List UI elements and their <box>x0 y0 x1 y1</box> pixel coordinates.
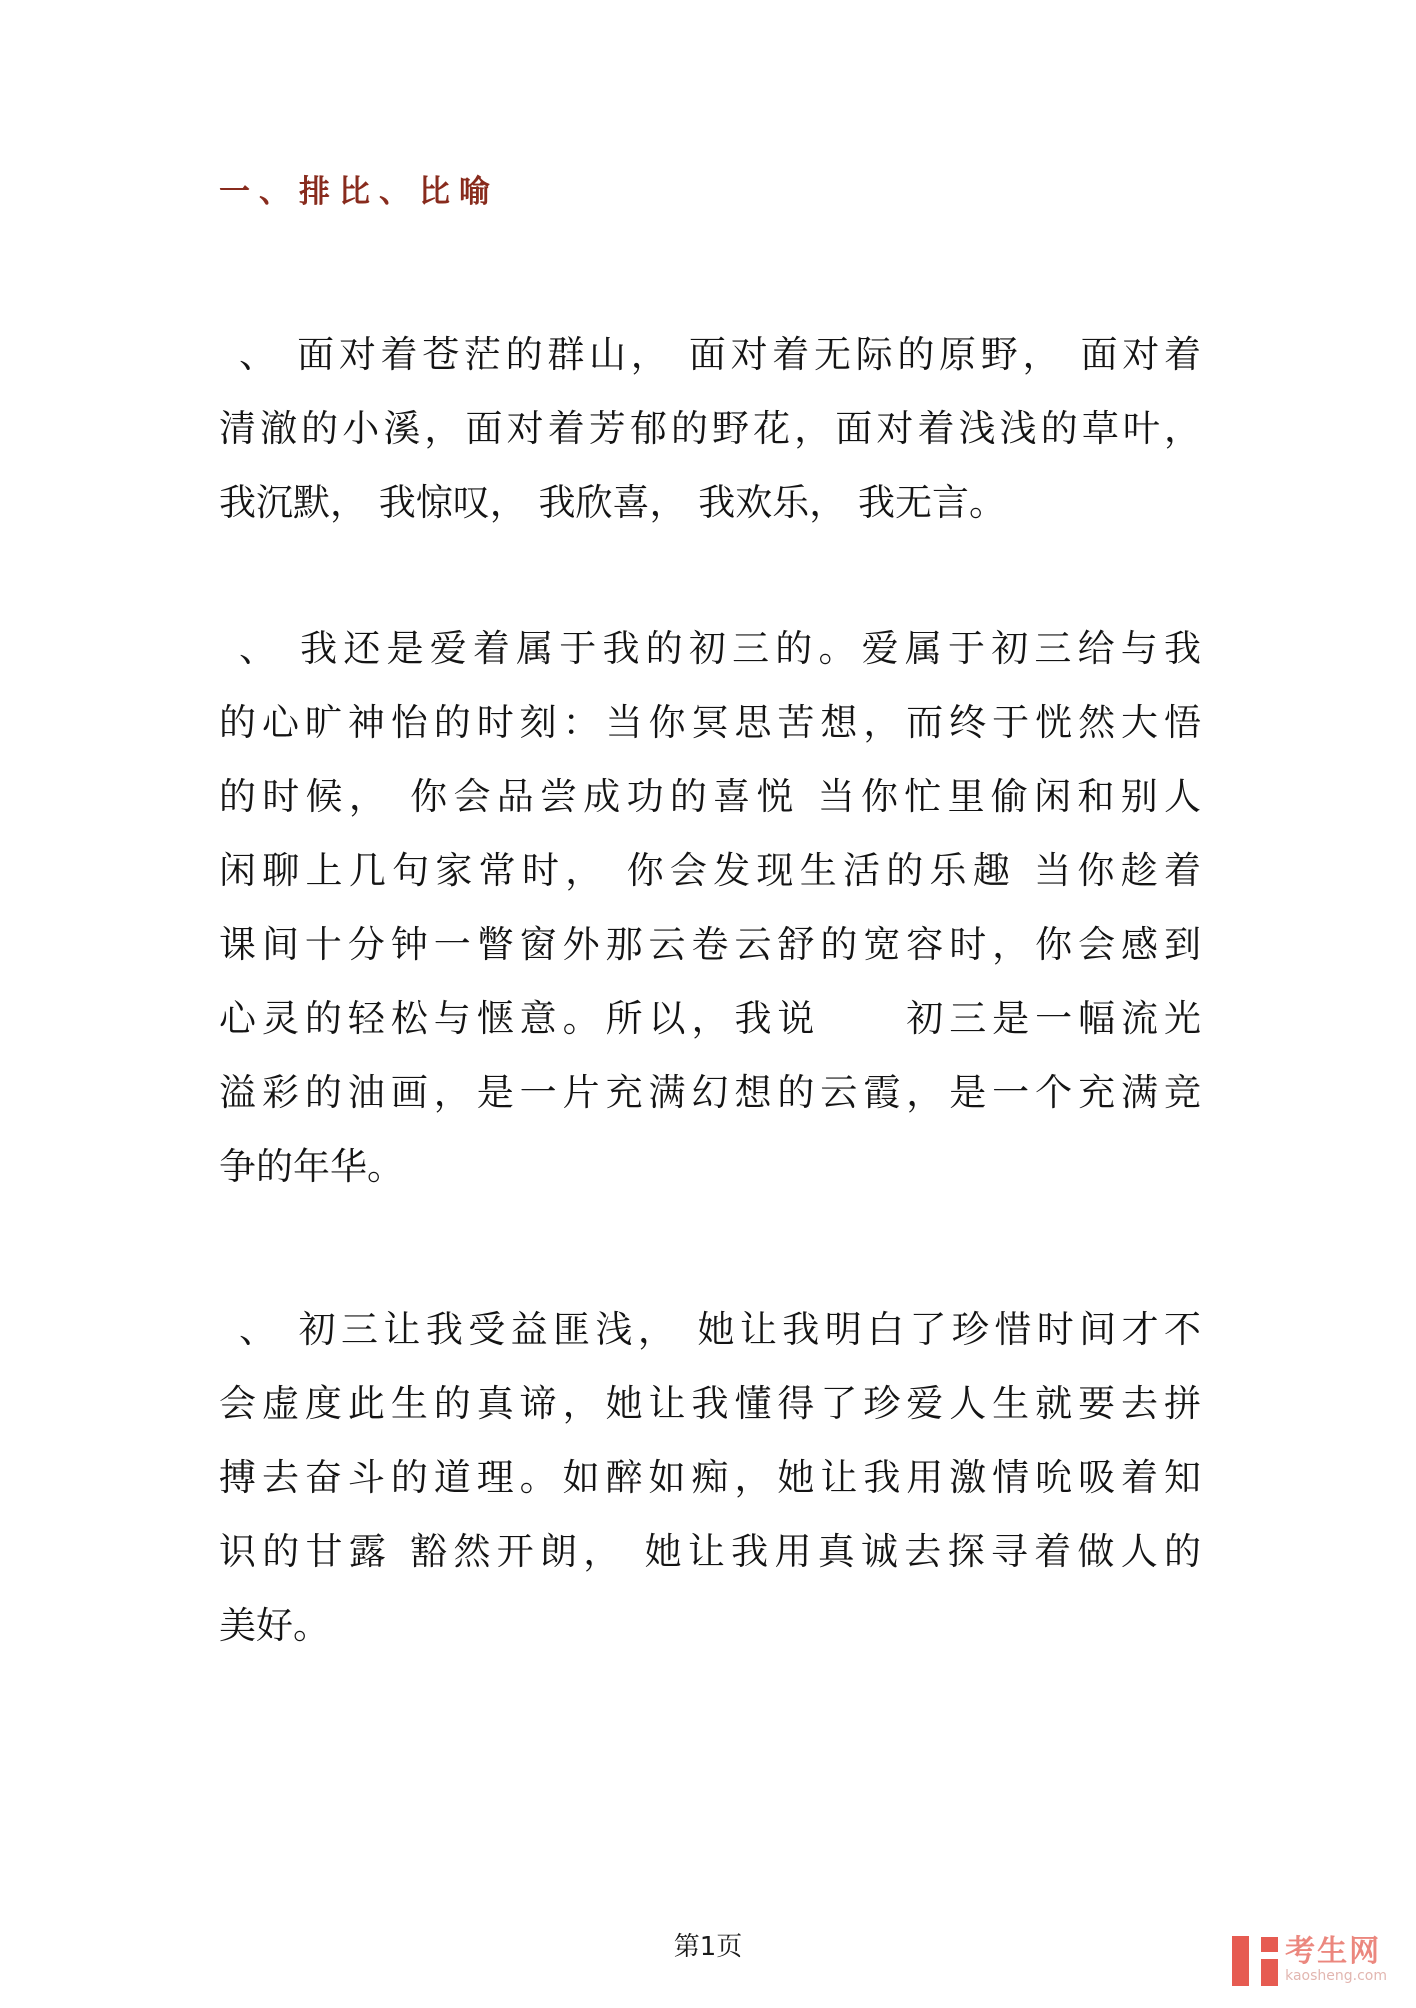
text-line: 的心旷神怡的时刻：当你冥思苦想，而终于恍然大悟 <box>219 686 1201 760</box>
logo-block-top-right <box>1261 1937 1278 1952</box>
watermark-text: 考生网 kaosheng.com <box>1285 1936 1387 1985</box>
page-number: 第1页 <box>0 1926 1416 1963</box>
text-line: 、 面对着苍茫的群山， 面对着无际的原野， 面对着 <box>219 318 1201 392</box>
section-heading: 一、排比、比喻 <box>219 170 499 214</box>
text-line: 会虚度此生的真谛，她让我懂得了珍爱人生就要去拼 <box>219 1367 1201 1441</box>
kaosheng-logo-icon <box>1232 1936 1278 1986</box>
text-line: 搏去奋斗的道理。如醉如痴，她让我用激情吮吸着知 <box>219 1441 1201 1515</box>
text-line: 争的年华。 <box>219 1130 1201 1204</box>
text-line: 溢彩的油画，是一片充满幻想的云霞，是一个充满竞 <box>219 1056 1201 1130</box>
paragraph-2: 、 我还是爱着属于我的初三的。爱属于初三给与我 的心旷神怡的时刻：当你冥思苦想，… <box>219 612 1201 1204</box>
text-line: 我沉默， 我惊叹， 我欣喜， 我欢乐， 我无言。 <box>219 466 1201 540</box>
watermark-site-domain: kaosheng.com <box>1285 1968 1387 1985</box>
logo-bar-left <box>1232 1936 1249 1986</box>
paragraph-1: 、 面对着苍茫的群山， 面对着无际的原野， 面对着 清澈的小溪，面对着芳郁的野花… <box>219 318 1201 540</box>
text-line: 美好。 <box>219 1589 1201 1663</box>
text-line: 课间十分钟一瞥窗外那云卷云舒的宽容时，你会感到 <box>219 908 1201 982</box>
text-line: 清澈的小溪，面对着芳郁的野花，面对着浅浅的草叶， <box>219 392 1201 466</box>
text-line: 、 我还是爱着属于我的初三的。爱属于初三给与我 <box>219 612 1201 686</box>
paragraph-3: 、 初三让我受益匪浅， 她让我明白了珍惜时间才不 会虚度此生的真谛，她让我懂得了… <box>219 1293 1201 1663</box>
text-line: 的时候， 你会品尝成功的喜悦 当你忙里偷闲和别人 <box>219 760 1201 834</box>
text-line: 闲聊上几句家常时， 你会发现生活的乐趣 当你趁着 <box>219 834 1201 908</box>
text-line: 识的甘露 豁然开朗， 她让我用真诚去探寻着做人的 <box>219 1515 1201 1589</box>
document-page: 一、排比、比喻 、 面对着苍茫的群山， 面对着无际的原野， 面对着 清澈的小溪，… <box>0 0 1416 2008</box>
logo-bar-bottom-right <box>1261 1959 1278 1986</box>
text-line: 心灵的轻松与惬意。所以，我说 初三是一幅流光 <box>219 982 1201 1056</box>
watermark-site-name: 考生网 <box>1285 1936 1387 1968</box>
watermark: 考生网 kaosheng.com <box>1232 1936 1387 1986</box>
text-line: 、 初三让我受益匪浅， 她让我明白了珍惜时间才不 <box>219 1293 1201 1367</box>
